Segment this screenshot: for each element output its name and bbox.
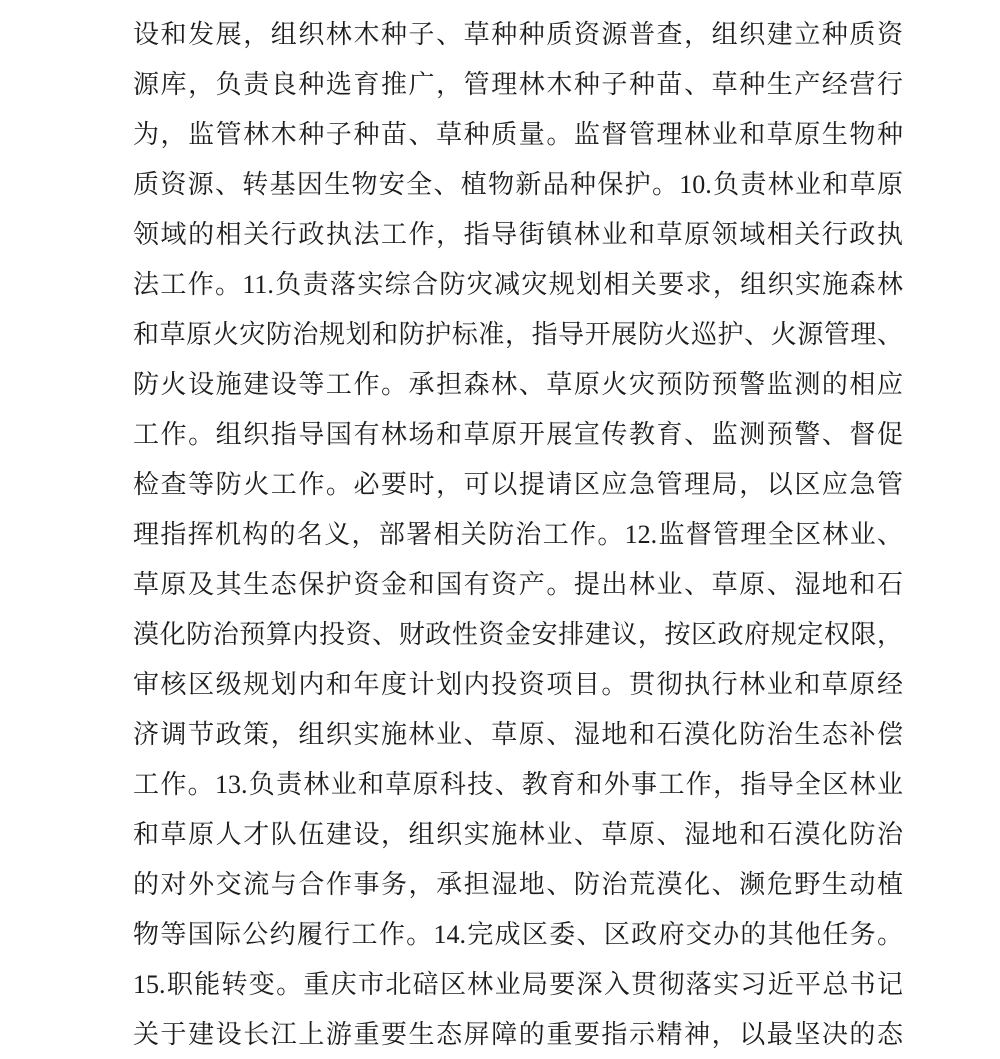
text-line-5: 领域的相关行政执法工作，指导街镇林业和草原领域相关行政执 — [133, 210, 903, 260]
document-page: 设和发展，组织林木种子、草种种质资源普查，组织建立种质资 源库，负责良种选育推广… — [0, 0, 1000, 1059]
text-line-6: 法工作。11.负责落实综合防灾减灾规划相关要求，组织实施森林 — [133, 260, 903, 310]
document-text-block: 设和发展，组织林木种子、草种种质资源普查，组织建立种质资 源库，负责良种选育推广… — [133, 10, 903, 1059]
text-line-15: 济调节政策，组织实施林业、草原、湿地和石漠化防治生态补偿 — [133, 710, 903, 760]
text-line-12: 草原及其生态保护资金和国有资产。提出林业、草原、湿地和石 — [133, 560, 903, 610]
text-line-1: 设和发展，组织林木种子、草种种质资源普查，组织建立种质资 — [133, 10, 903, 60]
text-line-9: 工作。组织指导国有林场和草原开展宣传教育、监测预警、督促 — [133, 410, 903, 460]
text-line-14: 审核区级规划内和年度计划内投资项目。贯彻执行林业和草原经 — [133, 660, 903, 710]
text-line-17: 和草原人才队伍建设，组织实施林业、草原、湿地和石漠化防治 — [133, 810, 903, 860]
text-line-7: 和草原火灾防治规划和防护标准，指导开展防火巡护、火源管理、 — [133, 310, 903, 360]
text-line-21: 关于建设长江上游重要生态屏障的重要指示精神，以最坚决的态 — [133, 1010, 903, 1059]
text-line-10: 检查等防火工作。必要时，可以提请区应急管理局，以区应急管 — [133, 460, 903, 510]
text-line-2: 源库，负责良种选育推广，管理林木种子种苗、草种生产经营行 — [133, 60, 903, 110]
text-line-8: 防火设施建设等工作。承担森林、草原火灾预防预警监测的相应 — [133, 360, 903, 410]
text-line-11: 理指挥机构的名义，部署相关防治工作。12.监督管理全区林业、 — [133, 510, 903, 560]
text-line-19: 物等国际公约履行工作。14.完成区委、区政府交办的其他任务。 — [133, 910, 903, 960]
text-line-3: 为，监管林木种子种苗、草种质量。监督管理林业和草原生物种 — [133, 110, 903, 160]
text-line-13: 漠化防治预算内投资、财政性资金安排建议，按区政府规定权限， — [133, 610, 903, 660]
text-line-18: 的对外交流与合作事务，承担湿地、防治荒漠化、濒危野生动植 — [133, 860, 903, 910]
text-line-20: 15.职能转变。重庆市北碚区林业局要深入贯彻落实习近平总书记 — [133, 960, 903, 1010]
text-line-16: 工作。13.负责林业和草原科技、教育和外事工作，指导全区林业 — [133, 760, 903, 810]
text-line-4: 质资源、转基因生物安全、植物新品种保护。10.负责林业和草原 — [133, 160, 903, 210]
